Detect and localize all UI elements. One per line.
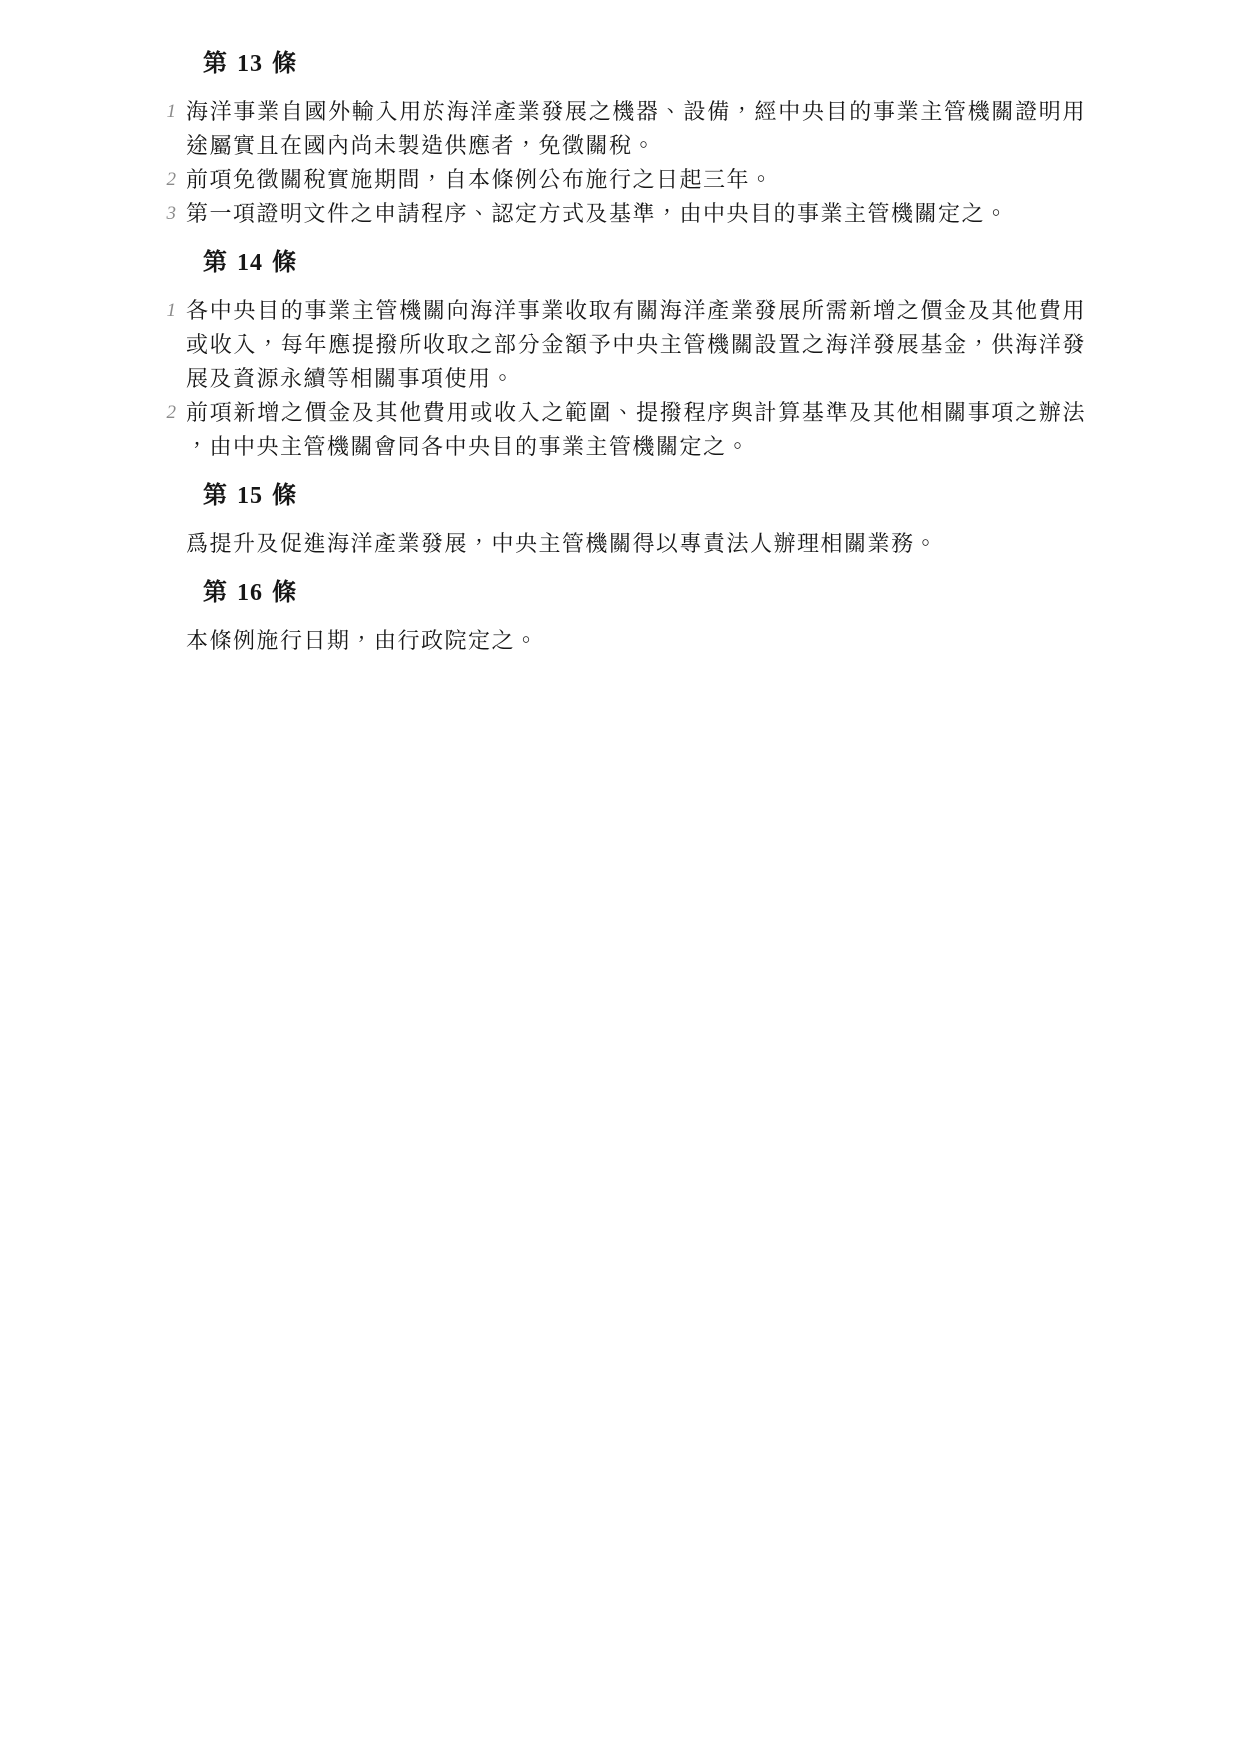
paragraph: 2 前項新增之價金及其他費用或收入之範圍、提撥程序與計算基準及其他相關事項之辦法… <box>186 396 1086 464</box>
paragraph-text: 各中央目的事業主管機關向海洋事業收取有關海洋產業發展所需新增之價金及其他費用或收… <box>186 294 1086 396</box>
paragraph: 1 各中央目的事業主管機關向海洋事業收取有關海洋產業發展所需新增之價金及其他費用… <box>186 294 1086 396</box>
article-heading: 第 13 條 <box>203 48 1086 80</box>
article-heading: 第 16 條 <box>203 577 1086 609</box>
article-paragraphs: 爲提升及促進海洋產業發展，中央主管機關得以專責法人辦理相關業務。 <box>186 527 1086 561</box>
paragraph-text: 本條例施行日期，由行政院定之。 <box>186 624 1086 658</box>
paragraph: 爲提升及促進海洋產業發展，中央主管機關得以專責法人辦理相關業務。 <box>186 527 1086 561</box>
paragraph-text: 前項新增之價金及其他費用或收入之範圍、提撥程序與計算基準及其他相關事項之辦法，由… <box>186 396 1086 464</box>
article-section: 第 16 條 本條例施行日期，由行政院定之。 <box>186 577 1086 658</box>
article-paragraphs: 1 各中央目的事業主管機關向海洋事業收取有關海洋產業發展所需新增之價金及其他費用… <box>186 294 1086 464</box>
article-section: 第 14 條 1 各中央目的事業主管機關向海洋事業收取有關海洋產業發展所需新增之… <box>186 247 1086 464</box>
paragraph: 3 第一項證明文件之申請程序、認定方式及基準，由中央目的事業主管機關定之。 <box>186 197 1086 231</box>
paragraph-number: 1 <box>140 95 176 129</box>
paragraph-text: 爲提升及促進海洋產業發展，中央主管機關得以專責法人辦理相關業務。 <box>186 527 1086 561</box>
article-paragraphs: 本條例施行日期，由行政院定之。 <box>186 624 1086 658</box>
paragraph: 1 海洋事業自國外輸入用於海洋產業發展之機器、設備，經中央目的事業主管機關證明用… <box>186 95 1086 163</box>
article-paragraphs: 1 海洋事業自國外輸入用於海洋產業發展之機器、設備，經中央目的事業主管機關證明用… <box>186 95 1086 231</box>
paragraph-text: 前項免徵關稅實施期間，自本條例公布施行之日起三年。 <box>186 163 1086 197</box>
paragraph: 本條例施行日期，由行政院定之。 <box>186 624 1086 658</box>
article-heading: 第 15 條 <box>203 480 1086 512</box>
paragraph-text: 第一項證明文件之申請程序、認定方式及基準，由中央目的事業主管機關定之。 <box>186 197 1086 231</box>
paragraph-number: 2 <box>140 396 176 430</box>
law-articles: 第 13 條 1 海洋事業自國外輸入用於海洋產業發展之機器、設備，經中央目的事業… <box>186 48 1086 658</box>
document-page: 第 13 條 1 海洋事業自國外輸入用於海洋產業發展之機器、設備，經中央目的事業… <box>0 0 1240 1755</box>
article-heading: 第 14 條 <box>203 247 1086 279</box>
article-section: 第 13 條 1 海洋事業自國外輸入用於海洋產業發展之機器、設備，經中央目的事業… <box>186 48 1086 231</box>
article-section: 第 15 條 爲提升及促進海洋產業發展，中央主管機關得以專責法人辦理相關業務。 <box>186 480 1086 561</box>
paragraph-text: 海洋事業自國外輸入用於海洋產業發展之機器、設備，經中央目的事業主管機關證明用途屬… <box>186 95 1086 163</box>
paragraph-number: 3 <box>140 197 176 231</box>
paragraph: 2 前項免徵關稅實施期間，自本條例公布施行之日起三年。 <box>186 163 1086 197</box>
paragraph-number: 2 <box>140 163 176 197</box>
paragraph-number: 1 <box>140 294 176 328</box>
